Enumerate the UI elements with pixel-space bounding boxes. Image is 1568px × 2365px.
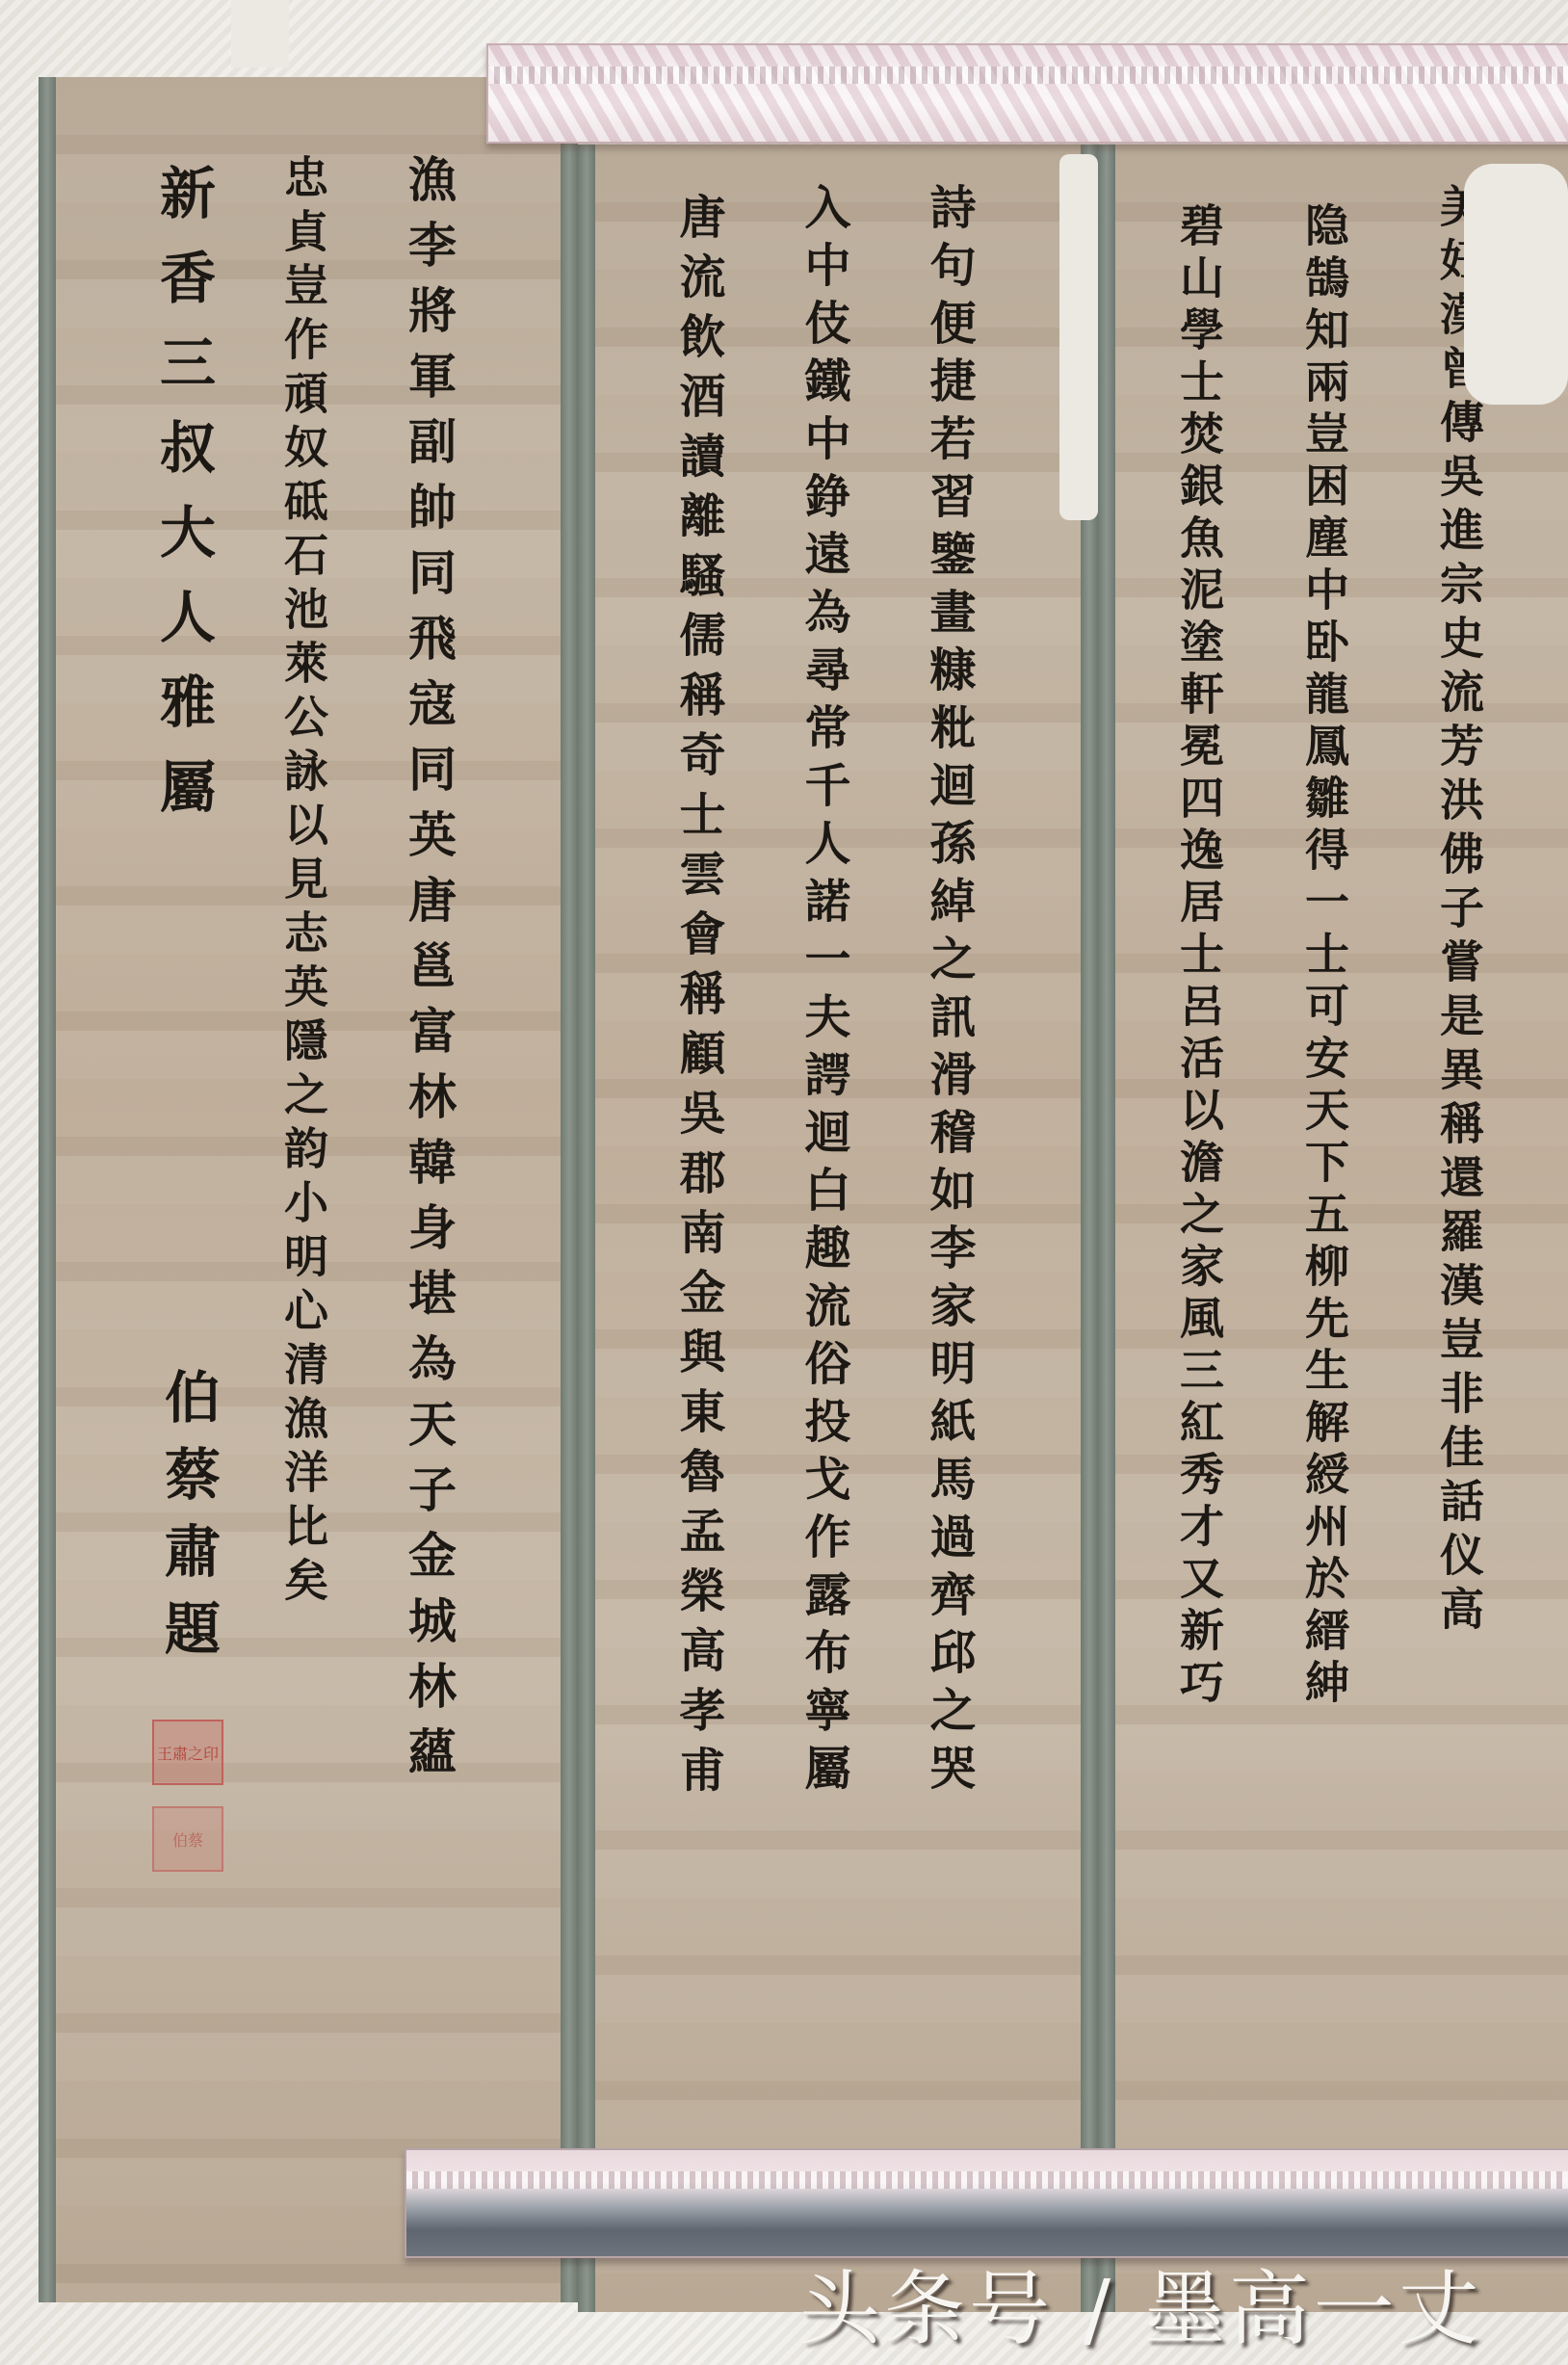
calligraphy-column: 新香三叔大人雅屬 (144, 164, 222, 842)
rod-pattern (488, 66, 1568, 84)
seal-stamp: 王肅之印 (152, 1720, 223, 1785)
calligraphy-column: 漁李將軍副帥同飛寇同英唐邕富林韓身堪為天子金城林蘊 (395, 154, 462, 1792)
column-text: 詩句便捷若習鑒畫糠粃迴孫綽之訊滑稽如李家明紙馬過齊邱之哭 (926, 183, 972, 1801)
column-text: 碧山學士焚銀魚泥塗軒冕四逸居士呂活以澹之家風三紅秀才又新巧 (1177, 202, 1221, 1711)
mount-strip (578, 145, 595, 2312)
seal-text: 王肅之印 (157, 1742, 219, 1764)
seal-text: 伯蔡 (172, 1828, 203, 1851)
column-text: 入中伎鐵中錚遠為尋常千人諾一夫諤迴白趣流俗投戈作露布寧屬 (800, 183, 847, 1801)
column-text: 漁李將軍副帥同飛寇同英唐邕富林韓身堪為天子金城林蘊 (405, 154, 453, 1792)
signature: 伯蔡肅題 (144, 1368, 231, 1676)
torn-edge (1059, 154, 1098, 520)
top-rod (486, 43, 1568, 144)
rod-pattern (406, 2171, 1568, 2189)
torn-edge (231, 0, 289, 67)
column-text: 忠貞豈作頑奴砥石池萊公詠以見志英隱之韵小明心清漁洋比矣 (281, 154, 326, 1611)
column-text: 新香三叔大人雅屬 (155, 164, 211, 842)
bottom-rod (405, 2148, 1568, 2258)
column-text: 美好漢曾傳吳進宗史流芳洪佛子嘗是異稱還羅漢豈非佳話仪高 (1437, 183, 1481, 1640)
calligraphy-column: 忠貞豈作頑奴砥石池萊公詠以見志英隱之韵小明心清漁洋比矣 (270, 154, 337, 1611)
calligraphy-column: 碧山學士焚銀魚泥塗軒冕四逸居士呂活以澹之家風三紅秀才又新巧 (1165, 202, 1233, 1711)
calligraphy-column: 唐流飲酒讀離騷儒稱奇士雲會稱顧吳郡南金與東魯孟榮高孝甫 (665, 193, 732, 1805)
mount-strip (561, 77, 578, 2302)
column-text: 隐鵠知兩豈困塵中卧龍鳳雛得一士可安天下五柳先生解綬州於縉紳 (1302, 202, 1346, 1711)
seal-stamp: 伯蔡 (152, 1806, 223, 1872)
mount-strip (39, 77, 56, 2302)
calligraphy-column: 詩句便捷若習鑒畫糠粃迴孫綽之訊滑稽如李家明紙馬過齊邱之哭 (915, 183, 982, 1801)
scroll-left: 漁李將軍副帥同飛寇同英唐邕富林韓身堪為天子金城林蘊 忠貞豈作頑奴砥石池萊公詠以見… (39, 77, 578, 2302)
calligraphy-column: 隐鵠知兩豈困塵中卧龍鳳雛得一士可安天下五柳先生解綬州於縉紳 (1291, 202, 1358, 1711)
scroll-middle: 詩句便捷若習鑒畫糠粃迴孫綽之訊滑稽如李家明紙馬過齊邱之哭 入中伎鐵中錚遠為尋常千… (578, 145, 1098, 2312)
torn-edge (1464, 164, 1568, 405)
mount-strip (1098, 145, 1115, 2312)
watermark: 头条号 / 墨高一丈 (799, 2245, 1483, 2361)
calligraphy-column: 入中伎鐵中錚遠為尋常千人諾一夫諤迴白趣流俗投戈作露布寧屬 (790, 183, 857, 1801)
column-text: 唐流飲酒讀離騷儒稱奇士雲會稱顧吳郡南金與東魯孟榮高孝甫 (675, 193, 721, 1805)
scroll-right: 美好漢曾傳吳進宗史流芳洪佛子嘗是異稱還羅漢豈非佳話仪高 隐鵠知兩豈困塵中卧龍鳳雛… (1098, 145, 1568, 2312)
signature-text: 伯蔡肅題 (160, 1368, 216, 1676)
